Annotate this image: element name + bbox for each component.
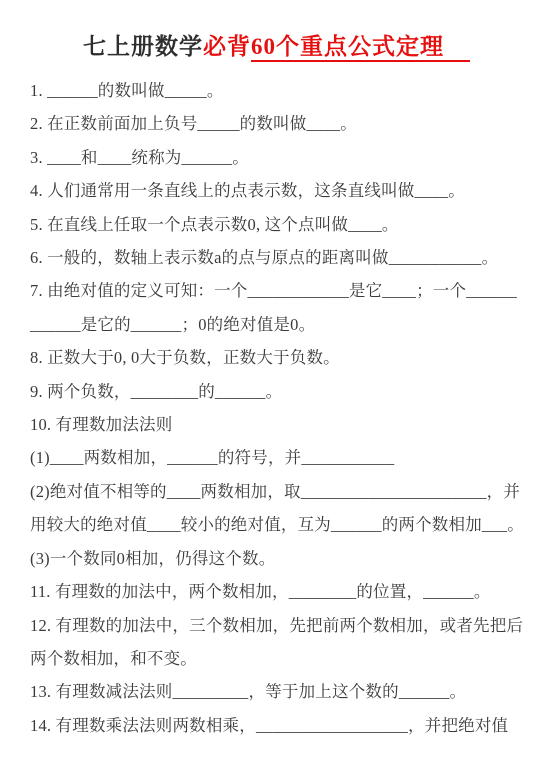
text-line: ______是它的______；0的绝对值是0。 xyxy=(30,308,525,341)
text-line: 8. 正数大于0, 0大于负数，正数大于负数。 xyxy=(30,341,525,374)
title-text-black: 七上册数学 xyxy=(83,34,203,59)
text-line: (2)绝对值不相等的____两数相加，取____________________… xyxy=(30,475,525,508)
page-title: 七上册数学必背60个重点公式定理 xyxy=(0,0,553,62)
text-line: 13. 有理数减法法则_________，等于加上这个数的______。 xyxy=(30,675,525,708)
title-text-red: 必背 xyxy=(203,34,251,59)
title-text-red-underlined: 60个重点公式定理 xyxy=(251,34,470,62)
text-line: 3. ____和____统称为______。 xyxy=(30,141,525,174)
text-line: 9. 两个负数，________的______。 xyxy=(30,375,525,408)
text-line: 14. 有理数乘法法则两数相乘，__________________，并把绝对值 xyxy=(30,709,525,742)
text-line: 11. 有理数的加法中，两个数相加，________的位置，______。 xyxy=(30,575,525,608)
text-line: 6. 一般的，数轴上表示数a的点与原点的距离叫做___________。 xyxy=(30,241,525,274)
text-line: 12. 有理数的加法中，三个数相加，先把前两个数相加，或者先把后 xyxy=(30,609,525,642)
text-line: 两个数相加，和不变。 xyxy=(30,642,525,675)
text-line: 1. ______的数叫做_____。 xyxy=(30,74,525,107)
document-body: 1. ______的数叫做_____。2. 在正数前面加上负号_____的数叫做… xyxy=(0,74,553,742)
text-line: 4. 人们通常用一条直线上的点表示数，这条直线叫做____。 xyxy=(30,174,525,207)
text-line: 10. 有理数加法法则 xyxy=(30,408,525,441)
document-page: 七上册数学必背60个重点公式定理 1. ______的数叫做_____。2. 在… xyxy=(0,0,553,782)
text-line: 7. 由绝对值的定义可知：一个____________是它____；一个____… xyxy=(30,274,525,307)
text-line: (1)____两数相加，______的符号，并___________ xyxy=(30,441,525,474)
text-line: 2. 在正数前面加上负号_____的数叫做____。 xyxy=(30,107,525,140)
text-line: 5. 在直线上任取一个点表示数0, 这个点叫做____。 xyxy=(30,208,525,241)
text-line: (3)一个数同0相加，仍得这个数。 xyxy=(30,542,525,575)
text-line: 用较大的绝对值____较小的绝对值，互为______的两个数相加___。 xyxy=(30,508,525,541)
